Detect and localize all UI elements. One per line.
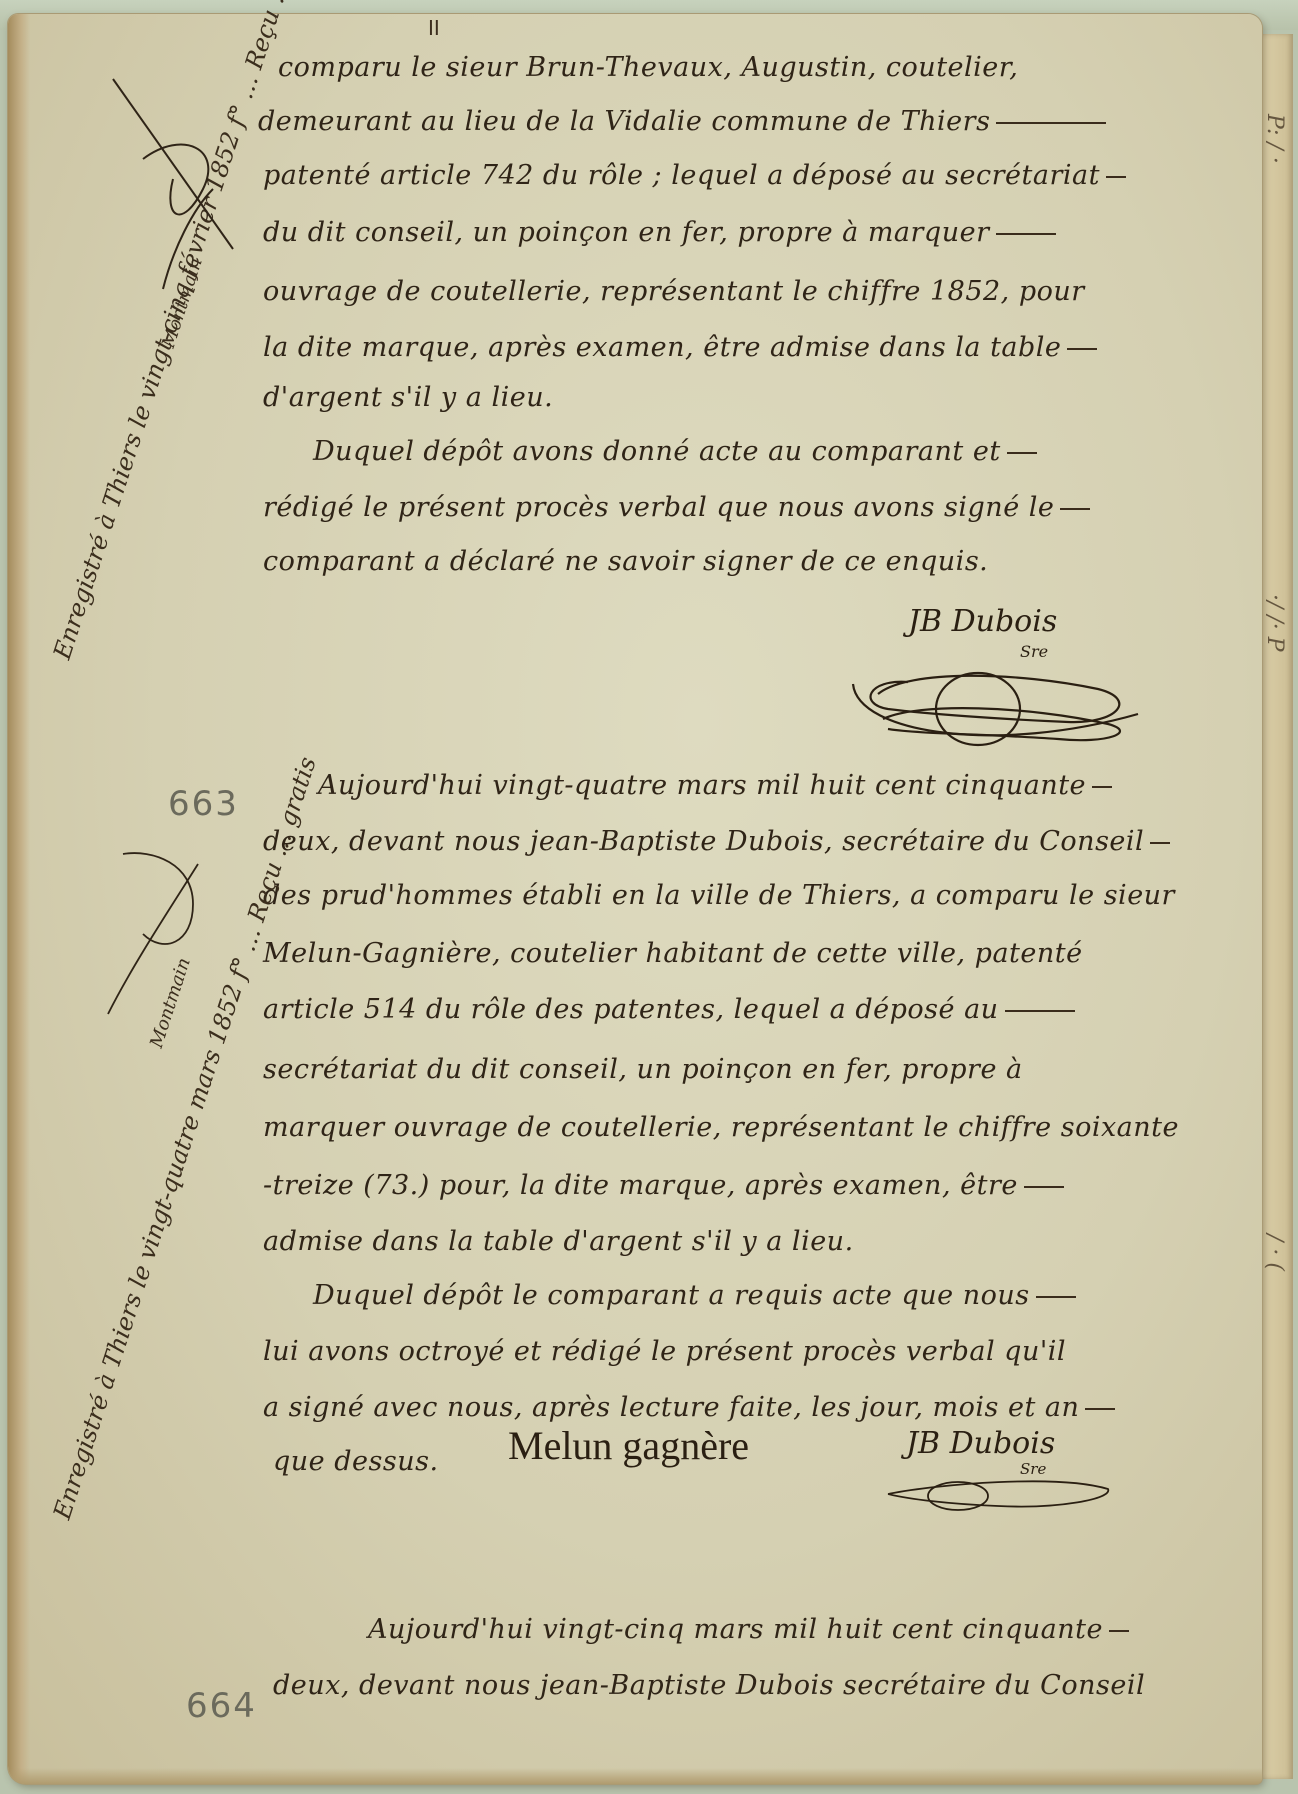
text-line: d'argent s'il y a lieu. [263,382,553,413]
text-line: que dessus. [273,1446,439,1477]
text-line: ouvrage de coutellerie, représentant le … [263,276,1085,307]
text-line: deux, devant nous jean-Baptiste Dubois s… [273,1670,1145,1701]
manuscript-page: II comparu le sieur Brun-Thevaux, August… [8,14,1262,1784]
text-line: deux, devant nous jean-Baptiste Dubois, … [263,826,1170,857]
folio-number: 663 [168,784,239,824]
text-line: marquer ouvrage de coutellerie, représen… [263,1112,1179,1143]
text-line: Aujourd'hui vingt-quatre mars mil huit c… [318,770,1112,801]
text-line: patenté article 742 du rôle ; lequel a d… [263,160,1126,191]
text-line: la dite marque, après examen, être admis… [263,332,1097,363]
text-line: Aujourd'hui vingt-cinq mars mil huit cen… [368,1614,1129,1645]
paraphe-flourish-icon [848,654,1148,754]
text-line: secrétariat du dit conseil, un poinçon e… [263,1054,1023,1085]
text-line: Duquel dépôt avons donné acte au compara… [313,436,1037,467]
text-line: -treize (73.) pour, la dite marque, aprè… [263,1170,1064,1201]
margin-paraphe-icon [103,844,213,1024]
text-line: lui avons octroyé et rédigé le présent p… [263,1336,1066,1367]
text-line: Duquel dépôt le comparant a requis acte … [313,1280,1076,1311]
text-line: demeurant au lieu de la Vidalie commune … [258,106,1106,137]
margin-paraphe-icon [103,69,243,299]
text-line: article 514 du rôle des patentes, lequel… [263,994,1075,1025]
signature-dubois: JB Dubois [908,604,1057,639]
text-line: rédigé le présent procès verbal que nous… [263,492,1090,523]
text-line: des prud'hommes établi en la ville de Th… [263,880,1175,911]
text-line: comparu le sieur Brun-Thevaux, Augustin,… [278,52,1018,83]
text-line: comparant a déclaré ne savoir signer de … [263,546,988,577]
text-line: Melun-Gagnière, coutelier habitant de ce… [263,938,1083,969]
text-line: admise dans la table d'argent s'il y a l… [263,1226,854,1257]
signature-melun-gagnere: Melun gagnère [508,1422,749,1469]
paraphe-flourish-icon [878,1454,1118,1524]
top-mark: II [428,16,440,40]
folio-number: 664 [186,1686,257,1726]
text-line: du dit conseil, un poinçon en fer, propr… [263,217,1056,248]
text-line: a signé avec nous, après lecture faite, … [263,1392,1115,1423]
